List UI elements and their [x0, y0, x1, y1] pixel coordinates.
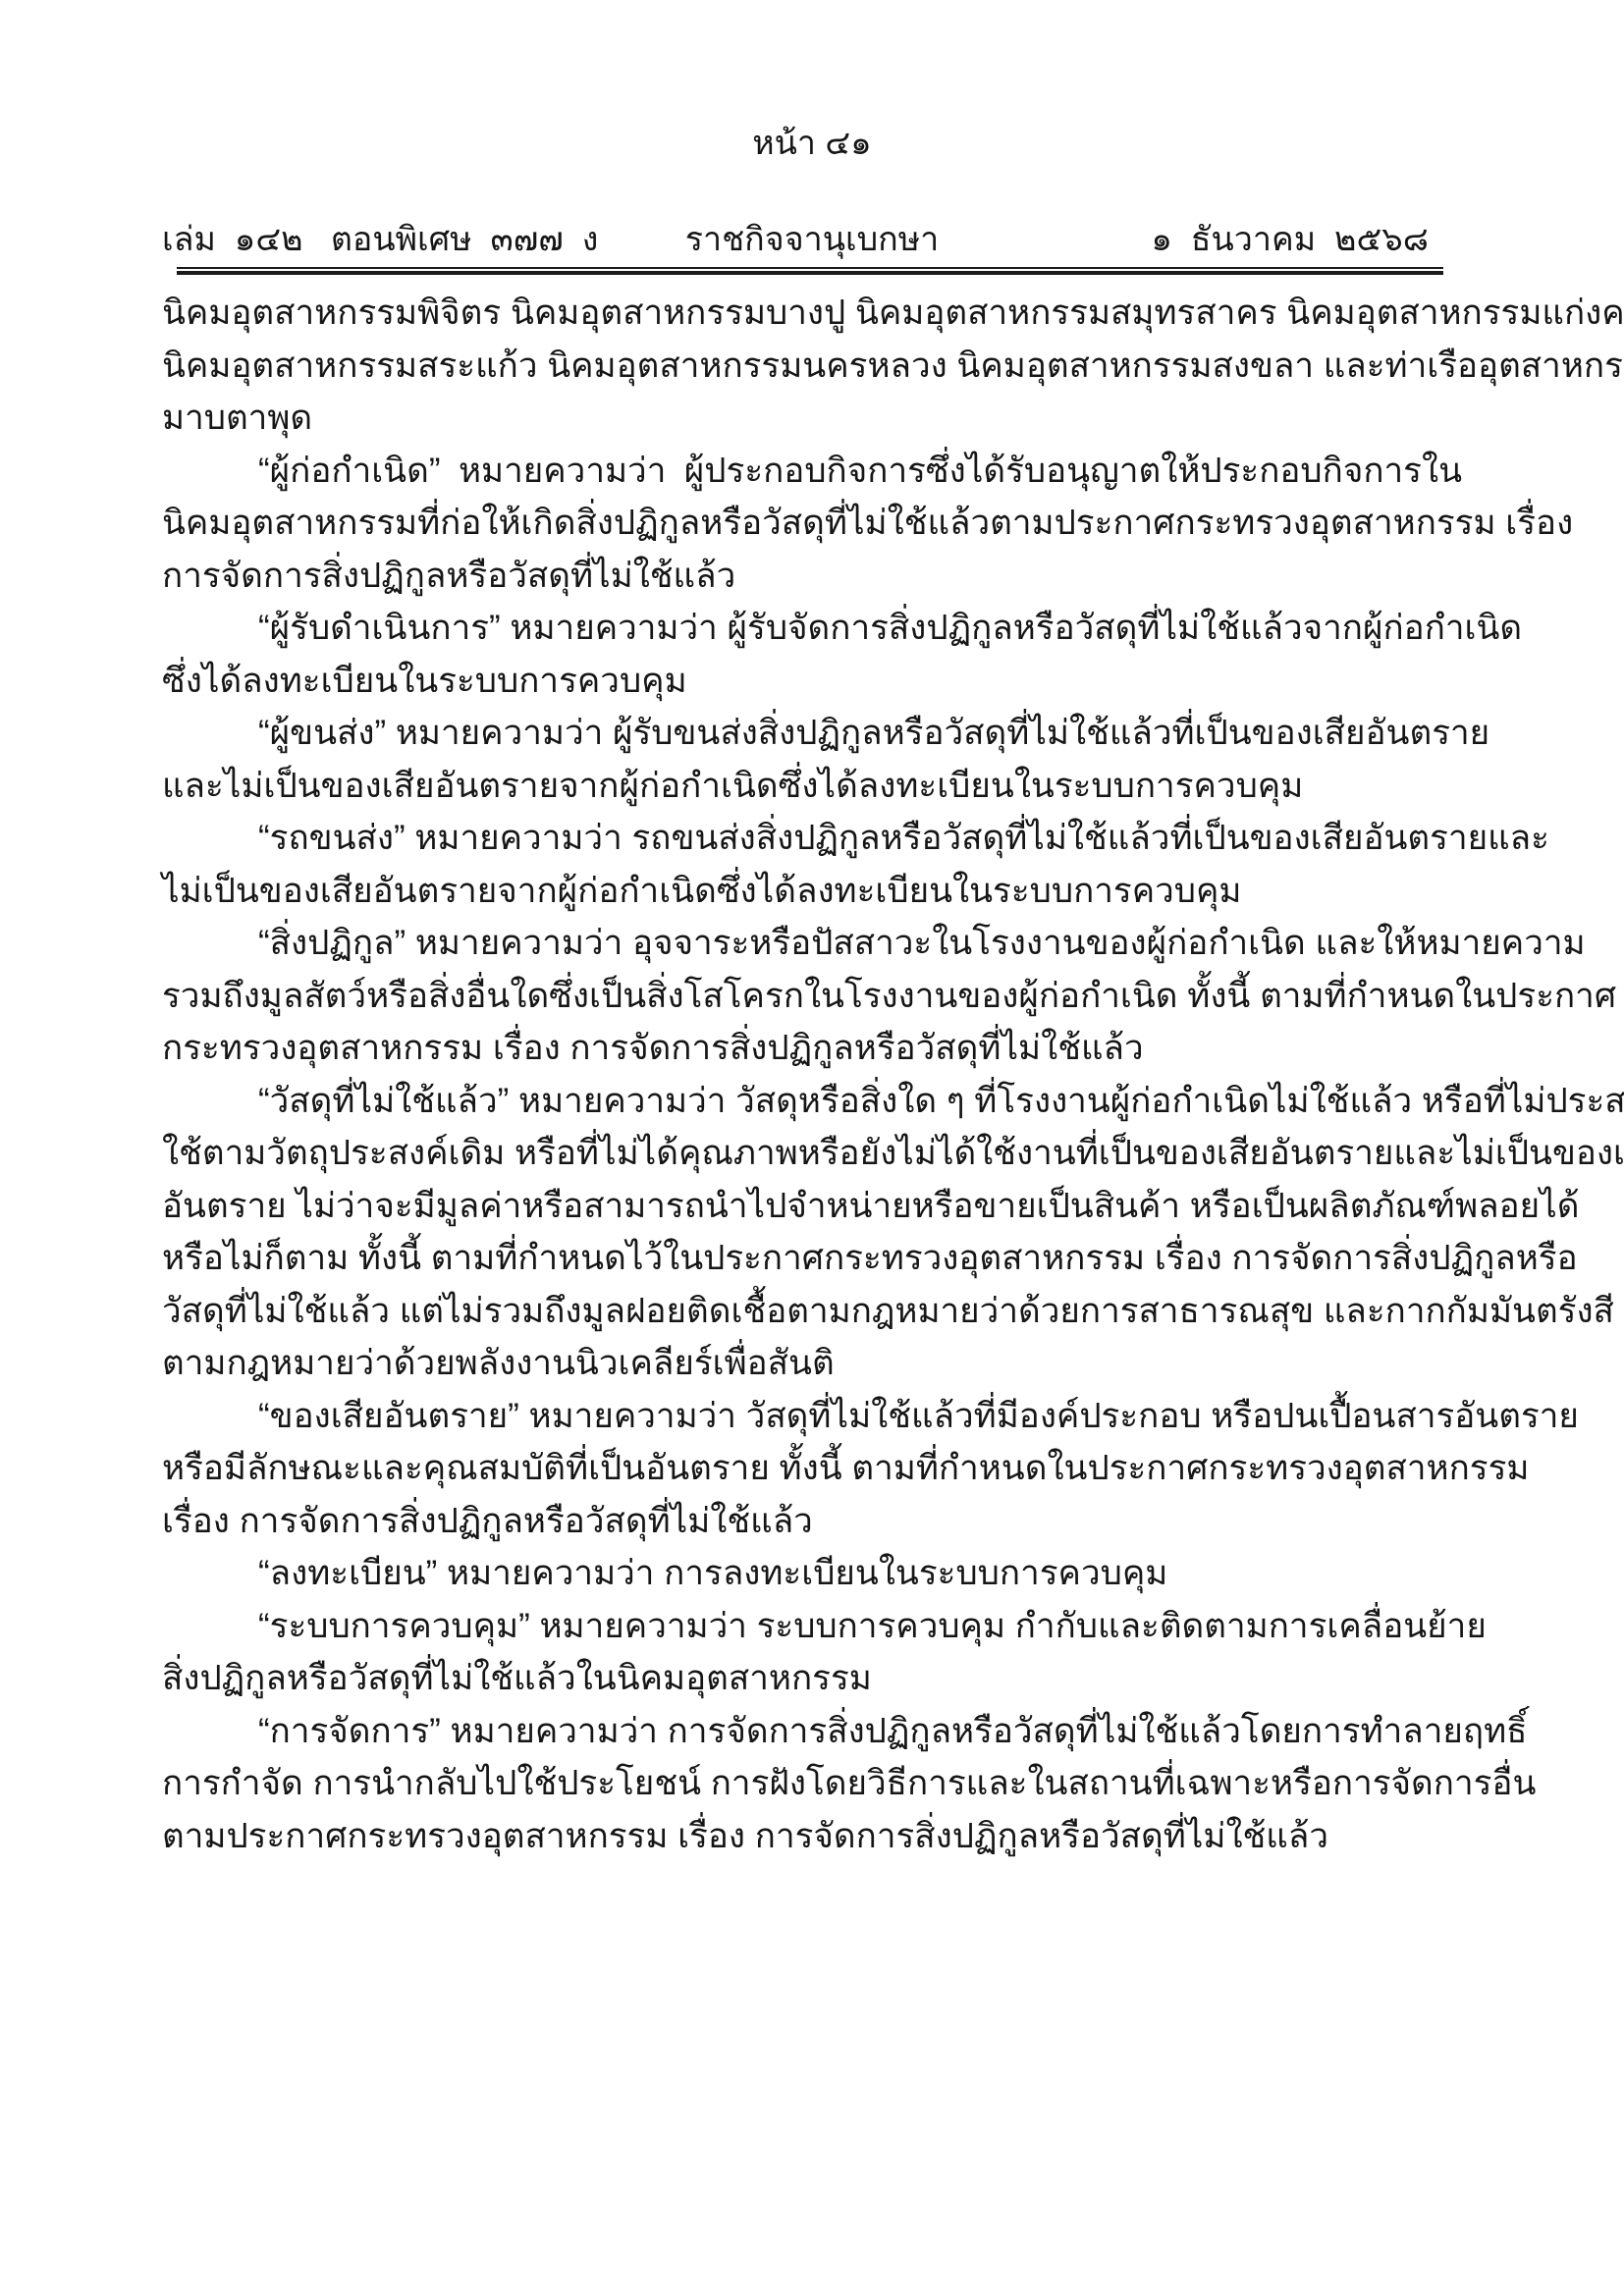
text-line: การจัดการสิ่งปฏิกูลหรือวัสดุที่ไม่ใช้แล้…: [162, 550, 1462, 603]
text-line: “ผู้รับดำเนินการ” หมายความว่า ผู้รับจัดก…: [162, 602, 1462, 655]
divider-thin-line: [177, 267, 1443, 269]
text-line: หรือไม่ก็ตาม ทั้งนี้ ตามที่กำหนดไว้ในประ…: [162, 1232, 1462, 1285]
text-line: ซึ่งได้ลงทะเบียนในระบบการควบคุม: [162, 655, 1462, 708]
text-line: หรือมีลักษณะและคุณสมบัติที่เป็นอันตราย ท…: [162, 1442, 1462, 1495]
text-line: ตามกฎหมายว่าด้วยพลังงานนิวเคลียร์เพื่อสั…: [162, 1337, 1462, 1390]
document-body: นิคมอุตสาหกรรมพิจิตร นิคมอุตสาหกรรมบางปู…: [162, 287, 1462, 1862]
text-line: รวมถึงมูลสัตว์หรือสิ่งอื่นใดซึ่งเป็นสิ่ง…: [162, 970, 1462, 1023]
text-line: ไม่เป็นของเสียอันตรายจากผู้ก่อกำเนิดซึ่ง…: [162, 865, 1462, 918]
text-line: นิคมอุตสาหกรรมพิจิตร นิคมอุตสาหกรรมบางปู…: [162, 287, 1462, 340]
text-line: เรื่อง การจัดการสิ่งปฏิกูลหรือวัสดุที่ไม…: [162, 1495, 1462, 1548]
masthead-volume-issue: เล่ม ๑๔๒ ตอนพิเศษ ๓๗๗ ง: [162, 212, 598, 265]
text-line: และไม่เป็นของเสียอันตรายจากผู้ก่อกำเนิดซ…: [162, 760, 1462, 813]
text-line: “ระบบการควบคุม” หมายความว่า ระบบการควบคุ…: [162, 1600, 1462, 1653]
text-line: “วัสดุที่ไม่ใช้แล้ว” หมายความว่า วัสดุหร…: [162, 1075, 1462, 1128]
masthead-date: ๑ ธันวาคม ๒๕๖๘: [1151, 212, 1429, 265]
text-line: นิคมอุตสาหกรรมสระแก้ว นิคมอุตสาหกรรมนครห…: [162, 340, 1462, 393]
text-line: มาบตาพุด: [162, 392, 1462, 445]
text-line: “ของเสียอันตราย” หมายความว่า วัสดุที่ไม่…: [162, 1390, 1462, 1443]
masthead: เล่ม ๑๔๒ ตอนพิเศษ ๓๗๗ ง ราชกิจจานุเบกษา …: [162, 212, 1462, 261]
text-line: “ลงทะเบียน” หมายความว่า การลงทะเบียนในระ…: [162, 1547, 1462, 1600]
text-line: ตามประกาศกระทรวงอุตสาหกรรม เรื่อง การจัด…: [162, 1810, 1462, 1863]
text-line: วัสดุที่ไม่ใช้แล้ว แต่ไม่รวมถึงมูลฝอยติด…: [162, 1285, 1462, 1338]
text-line: “ผู้ขนส่ง” หมายความว่า ผู้รับขนส่งสิ่งปฏ…: [162, 707, 1462, 760]
text-line: นิคมอุตสาหกรรมที่ก่อให้เกิดสิ่งปฏิกูลหรื…: [162, 497, 1462, 550]
text-line: สิ่งปฏิกูลหรือวัสดุที่ไม่ใช้แล้วในนิคมอุ…: [162, 1652, 1462, 1705]
text-line: “ผู้ก่อกำเนิด” หมายความว่า ผู้ประกอบกิจก…: [162, 445, 1462, 498]
text-line: ใช้ตามวัตถุประสงค์เดิม หรือที่ไม่ได้คุณภ…: [162, 1127, 1462, 1180]
divider-thick-line: [177, 271, 1443, 275]
masthead-gazette-name: ราชกิจจานุเบกษา: [685, 212, 940, 265]
text-line: การกำจัด การนำกลับไปใช้ประโยชน์ การฝังโด…: [162, 1757, 1462, 1810]
document-page: หน้า ๔๑ เล่ม ๑๔๒ ตอนพิเศษ ๓๗๗ ง ราชกิจจา…: [0, 0, 1624, 2296]
header-divider: [177, 267, 1443, 275]
text-line: “สิ่งปฏิกูล” หมายความว่า อุจจาระหรือปัสส…: [162, 917, 1462, 970]
text-line: อันตราย ไม่ว่าจะมีมูลค่าหรือสามารถนำไปจำ…: [162, 1180, 1462, 1233]
text-line: “รถขนส่ง” หมายความว่า รถขนส่งสิ่งปฏิกูลห…: [162, 812, 1462, 865]
text-line: “การจัดการ” หมายความว่า การจัดการสิ่งปฏิ…: [162, 1705, 1462, 1758]
text-line: กระทรวงอุตสาหกรรม เรื่อง การจัดการสิ่งปฏ…: [162, 1022, 1462, 1075]
page-number: หน้า ๔๑: [0, 116, 1624, 169]
